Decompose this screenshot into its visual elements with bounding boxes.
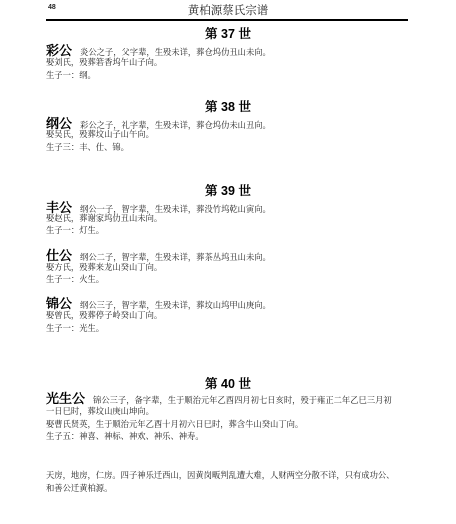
gen-prefix: 第 — [205, 99, 218, 114]
gen-number: 37 — [221, 27, 235, 41]
children-line: 生子一：光生。 — [46, 322, 104, 334]
spouse-line: 娶曾氏，殁葬停子岭癸山丁向。 — [46, 309, 162, 321]
footer-note-line-2: 和善公迁黄柏源。 — [46, 482, 112, 494]
children-line: 生子三：丰、仕、锦。 — [46, 141, 129, 153]
spouse-line: 娶方氏，殁葬来龙山癸山丁向。 — [46, 261, 162, 273]
gen-number: 39 — [221, 184, 235, 198]
gen-number: 38 — [221, 100, 235, 114]
gen-suffix: 世 — [238, 183, 251, 198]
children-line: 生子一：灯生。 — [46, 224, 104, 236]
children-line: 生子一：火生。 — [46, 273, 104, 285]
person-description: 锦公三子，备字辈，生于顺治元年乙酉四月初七日亥时，殁于雍正二年乙巳三月初 — [93, 395, 392, 405]
children-line: 生子五：神喜、神标、神欢、神乐、神寿。 — [46, 430, 204, 442]
spouse-line: 娶赵氏，葬谢家坞仂丑山未向。 — [46, 212, 162, 224]
header-rule — [46, 19, 408, 21]
running-title: 黄柏源蔡氏宗谱 — [0, 2, 456, 18]
gen-prefix: 第 — [205, 183, 218, 198]
gen-suffix: 世 — [238, 26, 251, 41]
gen-prefix: 第 — [205, 26, 218, 41]
children-line: 生子一：纲。 — [46, 69, 96, 81]
spouse-line: 娶刘氏，殁葬箬香坞午山子向。 — [46, 56, 162, 68]
spouse-line: 娶吴氏，殁葬坟山子山午向。 — [46, 128, 154, 140]
description-continuation: 一日巳时，葬坟山庚山坤向。 — [46, 405, 154, 417]
spouse-line: 娶曹氏贤英，生于顺治元年乙酉十月初六日巳时，葬含牛山癸山丁向。 — [46, 418, 303, 430]
gen-suffix: 世 — [238, 99, 251, 114]
footer-note-line-1: 天房，地房，仁房。四子神乐迁西山，因黄岗畈判乱遭大难，人财两空分散不详，只有成功… — [46, 469, 394, 481]
